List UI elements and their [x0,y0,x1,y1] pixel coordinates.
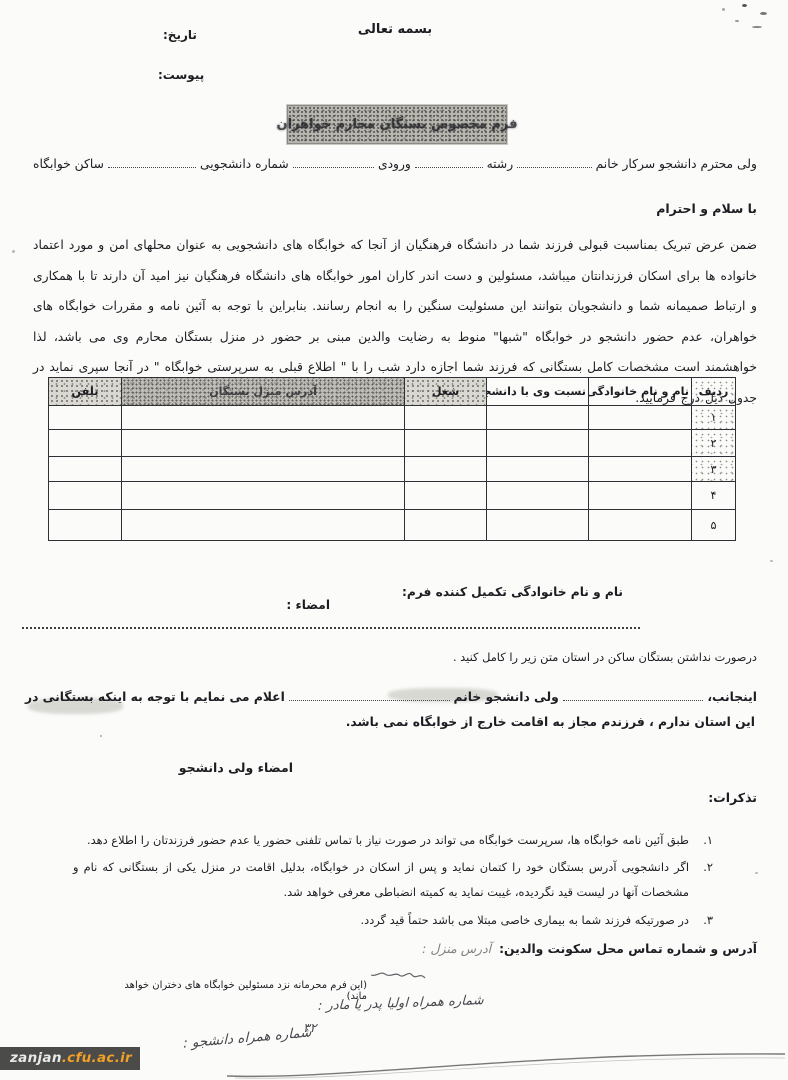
guardian-of-label: ولی دانشجو خانم [454,690,559,704]
table-input-cell[interactable] [122,457,405,482]
table-input-cell[interactable] [589,430,692,457]
scan-speck [722,8,725,11]
table-header-cell: شغل [405,378,487,406]
table-input-cell[interactable] [589,482,692,510]
bismillah-text: بسمه تعالی [330,22,460,37]
scan-speck [742,4,747,7]
row-number-cell: ۴ [692,482,736,510]
guardian-signature-label: امضاء ولی دانشجو [179,760,293,775]
table-input-cell[interactable] [405,510,487,541]
table-header-cell: آدرس منزل بستگان [122,378,405,406]
no-relatives-instruction: درصورت نداشتن بستگان ساکن در استان متن ز… [453,650,757,664]
student-name-blank[interactable] [517,155,591,168]
scan-speck [752,26,762,28]
note-number: ۲. [689,855,713,880]
table-input-cell[interactable] [122,482,405,510]
signature-label: امضاء : [286,598,330,612]
row-number-cell: ۵ [692,510,736,541]
watermark-site-text: zanjan [10,1050,62,1066]
major-blank[interactable] [415,155,483,168]
scanned-form-page: بسمه تعالی تاریخ: پیوست: فرم مخصوص بستگا… [0,0,788,1080]
handwritten-note-scribble [368,966,428,986]
date-label: تاریخ: [163,28,197,42]
note-item-2: ۲. اگر دانشجویی آدرس بستگان خود را کتمان… [73,855,713,905]
note-text: اگر دانشجویی آدرس بستگان خود را کتمان نم… [73,855,689,905]
student-no-blank[interactable] [108,155,196,168]
table-input-cell[interactable] [589,510,692,541]
scan-speck [735,20,739,22]
form-title-text: فرم مخصوص بستگان محارم خواهران [277,117,518,132]
parents-address-label: آدرس و شماره تماس محل سکونت والدین: [499,942,757,956]
table-input-cell[interactable] [49,430,122,457]
table-header-cell: نام و نام خانوادگی [589,378,692,406]
table-input-cell[interactable] [487,510,589,541]
table-input-cell[interactable] [589,406,692,430]
scan-speck [12,250,15,253]
home-address-handwritten: آدرس منزل : [422,941,491,956]
student-name-blank-2[interactable] [289,688,450,701]
table-header-cell: ردیف [692,378,736,406]
entry-blank[interactable] [293,155,374,168]
note-number: ۳. [689,908,713,933]
form-title-box: فرم مخصوص بستگان محارم خواهران [287,105,507,144]
student-info-line: ولی محترم دانشجو سرکار خانم رشته ورودی ش… [33,155,757,171]
site-watermark: zanjan .cfu.ac.ir [0,1047,140,1070]
table-input-cell[interactable] [49,482,122,510]
dorm-label: ساکن خوابگاه [33,157,104,171]
greeting-text: با سلام و احترام [656,201,757,216]
table-input-cell[interactable] [589,457,692,482]
i-undersigned-label: اینجانب، [707,690,757,704]
table-header-cell: نسبت وی با دانشجو [487,378,589,406]
table-input-cell[interactable] [405,457,487,482]
table-input-cell[interactable] [122,430,405,457]
table-input-cell[interactable] [49,406,122,430]
declaration-line-2: این استان ندارم ، فرزندم مجاز به اقامت خ… [346,715,755,729]
notes-title: تذکرات: [708,790,757,805]
major-label: رشته [487,157,514,171]
row-number-cell: ۲ [692,430,736,457]
student-no-label: شماره دانشجویی [200,157,289,171]
table-input-cell[interactable] [49,457,122,482]
note-number: ۱. [689,828,713,853]
table-input-cell[interactable] [122,510,405,541]
watermark-domain-text: .cfu.ac.ir [62,1050,132,1066]
note-text: طبق آئین نامه خوابگاه ها، سرپرست خوابگاه… [87,828,689,853]
scan-speck [770,560,773,562]
dotted-separator [22,627,640,629]
table-input-cell[interactable] [487,482,589,510]
row-number-cell: ۱ [692,406,736,430]
parents-address-line: آدرس و شماره تماس محل سکونت والدین: آدرس… [422,941,757,956]
undersigned-name-blank[interactable] [563,688,704,701]
table-input-cell[interactable] [405,430,487,457]
note-item-3: ۳. در صورتیکه فرزند شما به بیماری خاصی م… [85,908,713,933]
declare-text: اعلام می نمایم با توجه به اینکه بستگانی … [25,690,285,704]
scan-page-edge-curve [225,1040,788,1080]
guardian-label: ولی محترم دانشجو سرکار خانم [596,157,757,171]
declaration-line: اینجانب، ولی دانشجو خانم اعلام می نمایم … [25,688,757,704]
scan-speck [755,872,758,874]
note-text: در صورتیکه فرزند شما به بیماری خاصی مبتل… [361,908,690,933]
table-header-cell: تلفن [49,378,122,406]
completer-name-label: نام و نام خانوادگی تکمیل کننده فرم: [402,585,623,599]
table-input-cell[interactable] [487,430,589,457]
relatives-table: ردیف نام و نام خانوادگی نسبت وی با دانشج… [48,377,736,541]
table-input-cell[interactable] [487,457,589,482]
table-input-cell[interactable] [487,406,589,430]
table-input-cell[interactable] [122,406,405,430]
row-number-cell: ۳ [692,457,736,482]
entry-label: ورودی [378,157,411,171]
table-input-cell[interactable] [405,482,487,510]
note-item-1: ۱. طبق آئین نامه خوابگاه ها، سرپرست خواب… [85,828,713,853]
scan-speck [760,12,767,15]
table-input-cell[interactable] [49,510,122,541]
scan-speck [100,735,102,737]
attachment-label: پیوست: [158,68,204,82]
table-input-cell[interactable] [405,406,487,430]
